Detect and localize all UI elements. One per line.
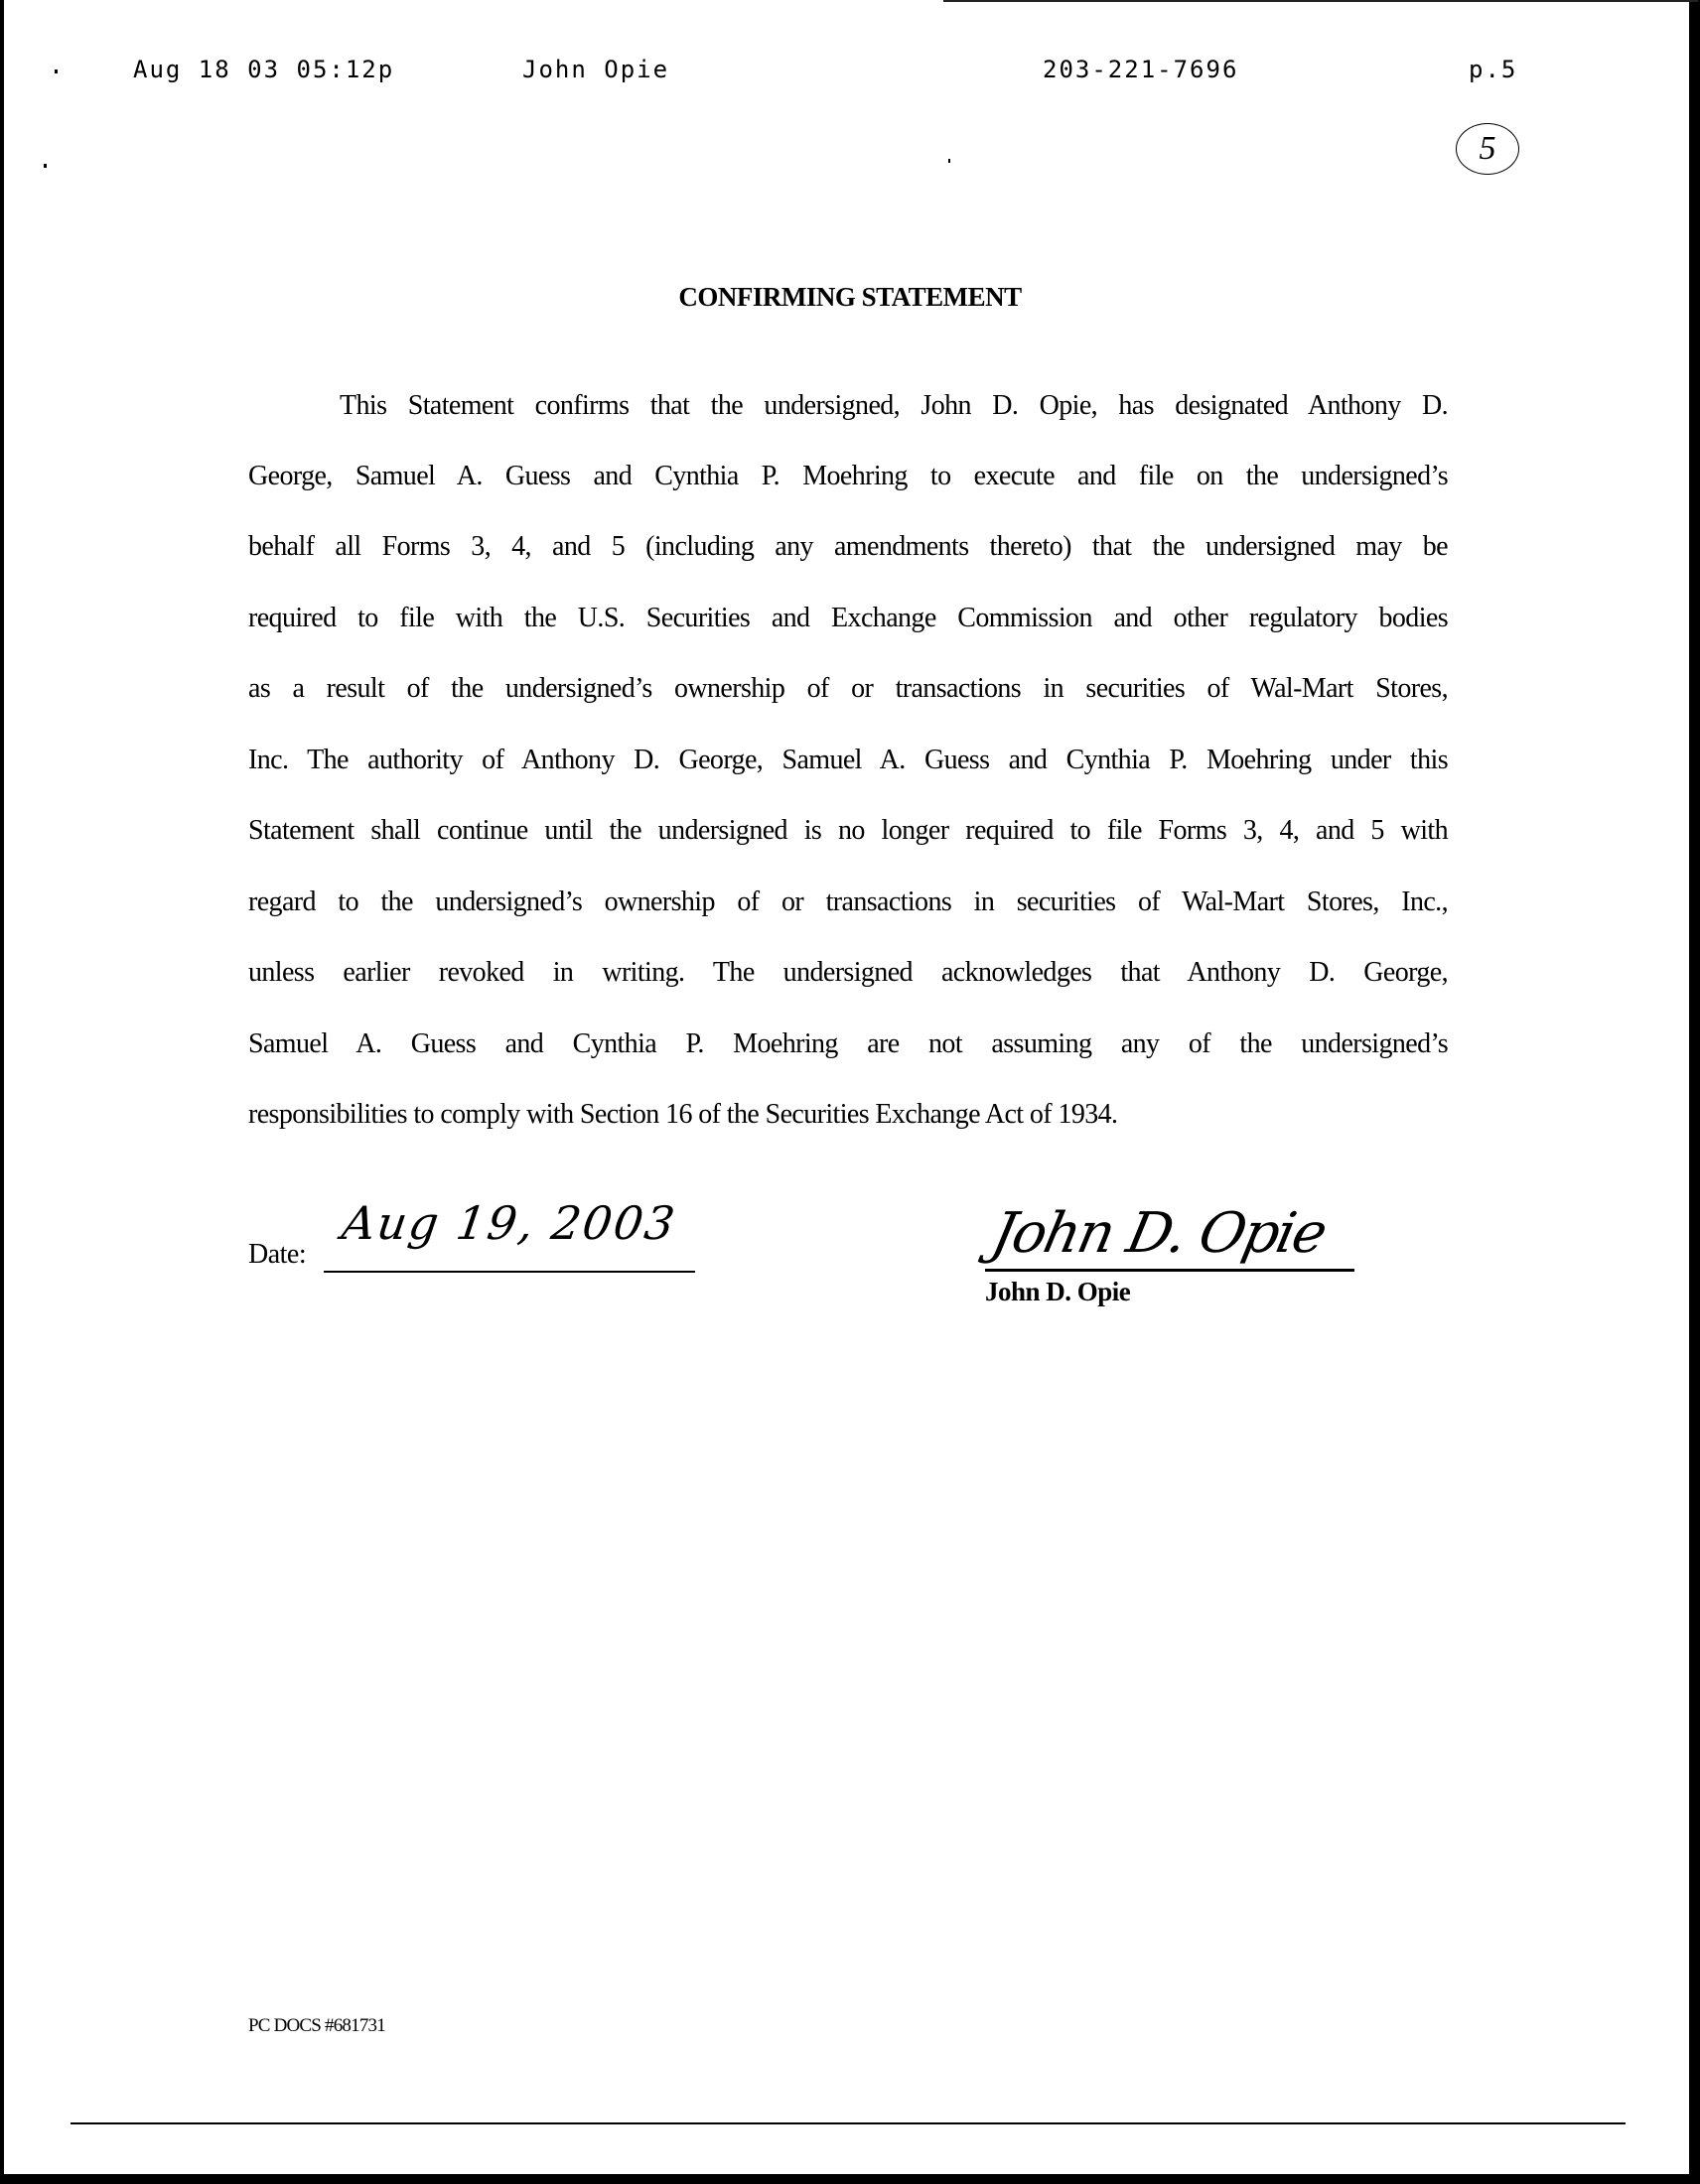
scan-edge-bottom bbox=[0, 2174, 1700, 2184]
fax-datetime: Aug 18 03 05:12p bbox=[133, 56, 394, 83]
body-line: as a result of the undersigned’s ownersh… bbox=[248, 673, 1448, 705]
signatory-name: John D. Opie bbox=[985, 1277, 1130, 1307]
fax-sender: John Opie bbox=[522, 56, 669, 83]
body-line: behalf all Forms 3, 4, and 5 (including … bbox=[248, 531, 1448, 563]
body-line: required to file with the U.S. Securitie… bbox=[248, 603, 1448, 634]
handwritten-date: Aug 19, 2003 bbox=[339, 1196, 679, 1250]
body-line: responsibilities to comply with Section … bbox=[248, 1099, 1448, 1131]
fax-phone: 203-221-7696 bbox=[1043, 56, 1238, 83]
body-line: Statement shall continue until the under… bbox=[248, 815, 1448, 847]
body-line: Samuel A. Guess and Cynthia P. Moehring … bbox=[248, 1028, 1448, 1060]
document-title: CONFIRMING STATEMENT bbox=[0, 282, 1700, 313]
body-line: regard to the undersigned’s ownership of… bbox=[248, 887, 1448, 918]
circled-page-number: 5 bbox=[1456, 123, 1519, 175]
handwritten-signature: John D. Opie bbox=[986, 1201, 1331, 1266]
body-line: unless earlier revoked in writing. The u… bbox=[248, 957, 1448, 989]
body-line: George, Samuel A. Guess and Cynthia P. M… bbox=[248, 461, 1448, 492]
scan-speck bbox=[44, 164, 47, 168]
scan-edge-left bbox=[0, 0, 4, 2184]
body-line: Inc. The authority of Anthony D. George,… bbox=[248, 745, 1448, 776]
scan-edge-top bbox=[943, 0, 1698, 2]
date-label: Date: bbox=[248, 1239, 306, 1271]
signature-line bbox=[985, 1269, 1354, 1272]
document-id: PC DOCS #681731 bbox=[248, 2015, 385, 2037]
fax-header: Aug 18 03 05:12p John Opie 203-221-7696 … bbox=[0, 56, 1700, 85]
body-line: This Statement confirms that the undersi… bbox=[340, 390, 1448, 422]
scan-speck bbox=[55, 69, 58, 73]
date-line bbox=[324, 1271, 695, 1273]
footer-rule bbox=[71, 2122, 1626, 2124]
scan-speck bbox=[948, 159, 950, 163]
fax-page-number: p.5 bbox=[1469, 56, 1517, 83]
scan-edge-right bbox=[1689, 0, 1700, 2184]
